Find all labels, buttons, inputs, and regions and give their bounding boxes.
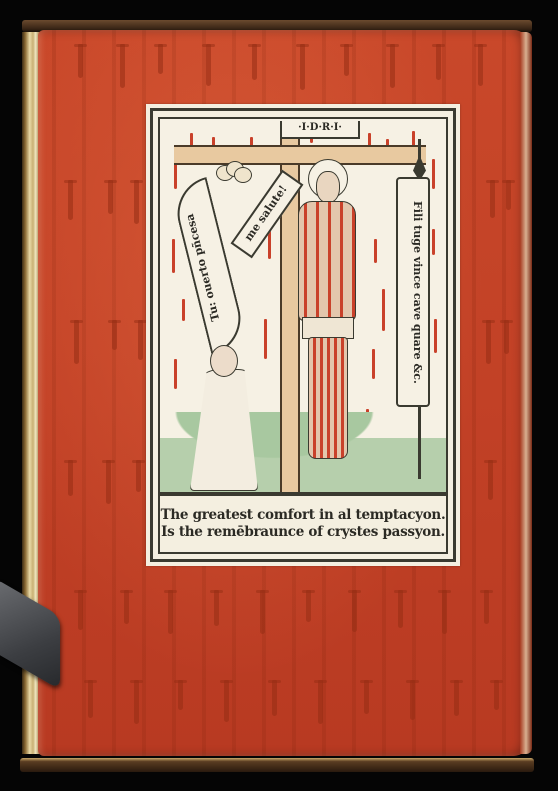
- monk-head: [210, 345, 238, 377]
- right-scroll-text: Fili tuge vince cave quare &c.: [400, 187, 424, 397]
- woodcut-print: ·I·D·R·I· Tu: ouerto pñcesa me salute! F…: [146, 104, 460, 566]
- christ-figure: [280, 159, 360, 469]
- christ-legs: [308, 337, 348, 459]
- christ-head: [316, 171, 340, 203]
- tooled-pattern-row: [38, 680, 528, 740]
- kneeling-monk: [190, 339, 260, 489]
- sponge-on-reed: [216, 161, 250, 183]
- christ-torso: [298, 201, 356, 321]
- cross-titulus-inscription: ·I·D·R·I·: [280, 121, 360, 139]
- left-speech-scroll: Tu: ouerto pñcesa: [170, 177, 249, 355]
- woodcut-caption: The greatest comfort in al temptacyon. I…: [158, 494, 448, 554]
- caption-line-1: The greatest comfort in al temptacyon.: [161, 507, 446, 524]
- tooled-pattern-row: [38, 590, 528, 650]
- book-bottom-edge: [20, 758, 534, 772]
- caption-line-2: Is the remēbraunce of crystes passyon.: [161, 524, 445, 541]
- woodcut-image: ·I·D·R·I· Tu: ouerto pñcesa me salute! F…: [158, 117, 448, 494]
- right-speech-scroll: Fili tuge vince cave quare &c.: [396, 177, 430, 407]
- book-fore-edge: [520, 32, 532, 754]
- loincloth: [302, 317, 354, 339]
- left-scroll-text: Tu: ouerto pñcesa: [178, 190, 240, 342]
- tooled-pattern-row: [38, 44, 528, 104]
- monk-robe: [190, 369, 258, 491]
